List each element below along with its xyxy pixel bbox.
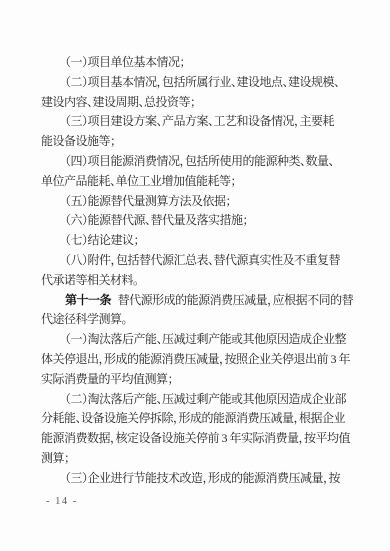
text-line: （二）淘汰落后产能、压减过剩产能或其他原因造成企业部 — [41, 390, 350, 410]
text-line: （三）项目建设方案、产品方案、工艺和设备情况，主要耗 — [41, 112, 350, 132]
article-number: 第十一条 — [65, 293, 111, 307]
text-line: 体关停退出，形成的能源消费压减量，按照企业关停退出前 3 年 — [41, 350, 350, 370]
article-text: 替代源形成的能源消费压减量，应根据不同的替 — [118, 293, 354, 307]
text-line: （六）能源替代源、替代量及落实措施； — [41, 211, 350, 231]
page-number-label: - 14 - — [46, 496, 78, 507]
text-line: 测算； — [41, 449, 350, 469]
text-line: （二）项目基本情况，包括所属行业、建设地点、建设规模、 — [41, 73, 350, 93]
text-line: （七）结论建议； — [41, 231, 350, 251]
text-line: （五）能源替代量测算方法及依据； — [41, 192, 350, 212]
text-line: 能设备设施等； — [41, 132, 350, 152]
text-line: （一）淘汰落后产能、压减过剩产能或其他原因造成企业整 — [41, 330, 350, 350]
document-body: （一）项目单位基本情况； （二）项目基本情况，包括所属行业、建设地点、建设规模、… — [41, 53, 350, 489]
text-line: 代承诺等相关材料。 — [41, 271, 350, 291]
text-line: 实际消费量的平均值测算； — [41, 370, 350, 390]
document-page: （一）项目单位基本情况； （二）项目基本情况，包括所属行业、建设地点、建设规模、… — [0, 0, 390, 551]
text-line: 代途径科学测算。 — [41, 310, 350, 330]
text-line: （四）项目能源消费情况，包括所使用的能源种类、数量、 — [41, 152, 350, 172]
text-line: 建设内容、建设周期、总投资等； — [41, 93, 350, 113]
text-line: 分耗能、设备设施关停拆除，形成的能源消费压减量，根据企业 — [41, 409, 350, 429]
text-line: （三）企业进行节能技术改造，形成的能源消费压减量，按 — [41, 469, 350, 489]
text-line: （八）附件，包括替代源汇总表、替代源真实性及不重复替 — [41, 251, 350, 271]
text-line-article: 第十一条替代源形成的能源消费压减量，应根据不同的替 — [41, 291, 350, 311]
text-line: 能源消费数据，核定设备设施关停前 3 年实际消费量，按平均值 — [41, 429, 350, 449]
text-line: （一）项目单位基本情况； — [41, 53, 350, 73]
text-line: 单位产品能耗、单位工业增加值能耗等； — [41, 172, 350, 192]
